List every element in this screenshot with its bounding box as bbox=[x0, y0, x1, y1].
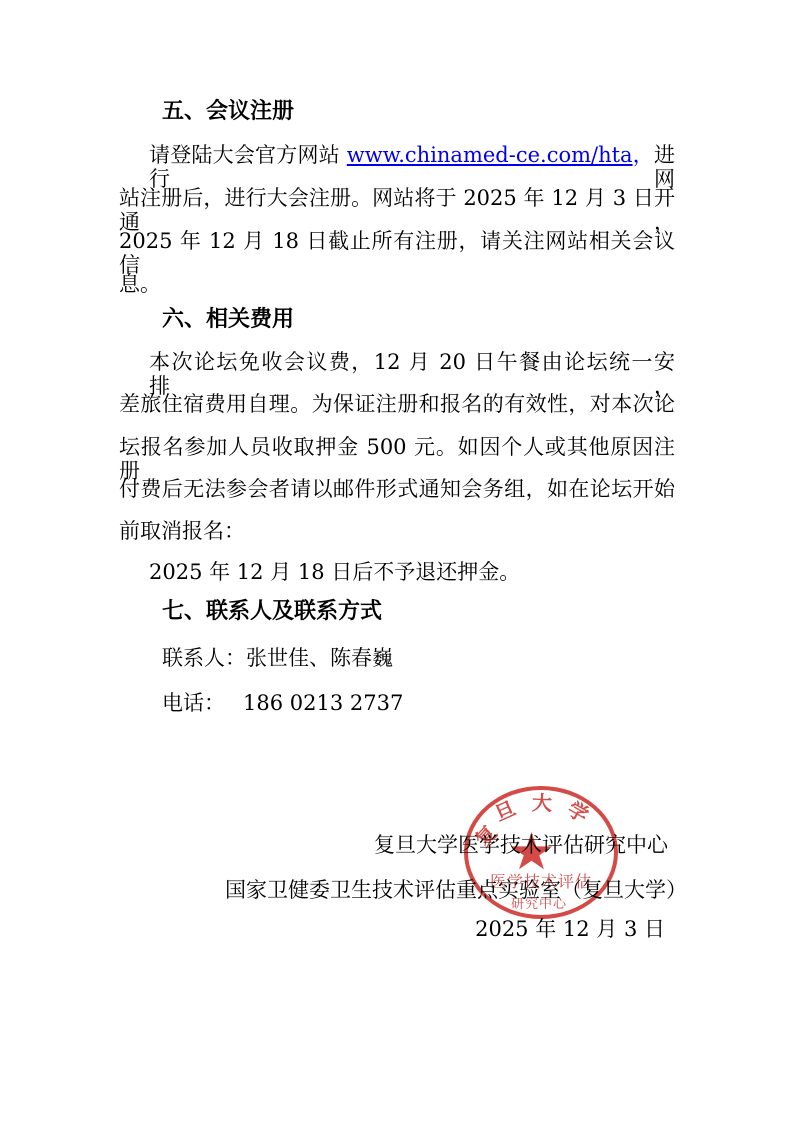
conference-website-link[interactable]: www.chinamed-ce.com/hta bbox=[347, 143, 633, 167]
signature-date: 2025 年 12 月 3 日 bbox=[475, 917, 665, 941]
phone-label: 电话： bbox=[162, 691, 225, 715]
section5-line1: 请登陆大会官方网站 www.chinamed-ce.com/hta，进行网 bbox=[149, 143, 675, 191]
document-page: 复 旦 大 学 医学技术评估 研究中心 五、会议注册 请登陆大会官方网站 www… bbox=[0, 0, 794, 1123]
section6-line4: 付费后无法参会者请以邮件形式通知会务组，如在论坛开始 bbox=[119, 477, 675, 501]
section5-line1-comma: ， bbox=[633, 143, 654, 167]
phone-line: 电话：186 0213 2737 bbox=[162, 691, 403, 715]
contact-person-label: 联系人： bbox=[162, 646, 246, 670]
signature-org1: 复旦大学医学技术评估研究中心 bbox=[374, 833, 668, 857]
deposit-note-line: 2025 年 12 月 18 日后不予退还押金。 bbox=[149, 560, 520, 584]
section6-line1: 本次论坛免收会议费，12 月 20 日午餐由论坛统一安排， bbox=[149, 350, 675, 398]
signature-org2: 国家卫健委卫生技术评估重点实验室（复旦大学） bbox=[225, 878, 687, 902]
section7-heading: 七、联系人及联系方式 bbox=[162, 599, 382, 624]
section6-heading: 六、相关费用 bbox=[162, 307, 294, 332]
section5-line1-pre: 请登陆大会官方网站 bbox=[149, 143, 347, 167]
section6-line5: 前取消报名： bbox=[119, 519, 245, 543]
text-layer: 五、会议注册 请登陆大会官方网站 www.chinamed-ce.com/hta… bbox=[0, 0, 794, 1123]
section6-line2: 差旅住宿费用自理。为保证注册和报名的有效性，对本次论 bbox=[119, 392, 675, 416]
contact-person-line: 联系人：张世佳、陈春巍 bbox=[162, 646, 393, 670]
section5-line2: 站注册后，进行大会注册。网站将于 2025 年 12 月 3 日开通， bbox=[119, 186, 675, 234]
phone-number: 186 0213 2737 bbox=[243, 691, 403, 715]
section5-line4: 息。 bbox=[119, 272, 161, 296]
section5-heading: 五、会议注册 bbox=[162, 99, 294, 124]
section6-line3: 坛报名参加人员收取押金 500 元。如因个人或其他原因注册 bbox=[119, 435, 675, 483]
contact-person-names: 张世佳、陈春巍 bbox=[246, 646, 393, 670]
section5-line3: 2025 年 12 月 18 日截止所有注册，请关注网站相关会议信 bbox=[119, 229, 675, 277]
